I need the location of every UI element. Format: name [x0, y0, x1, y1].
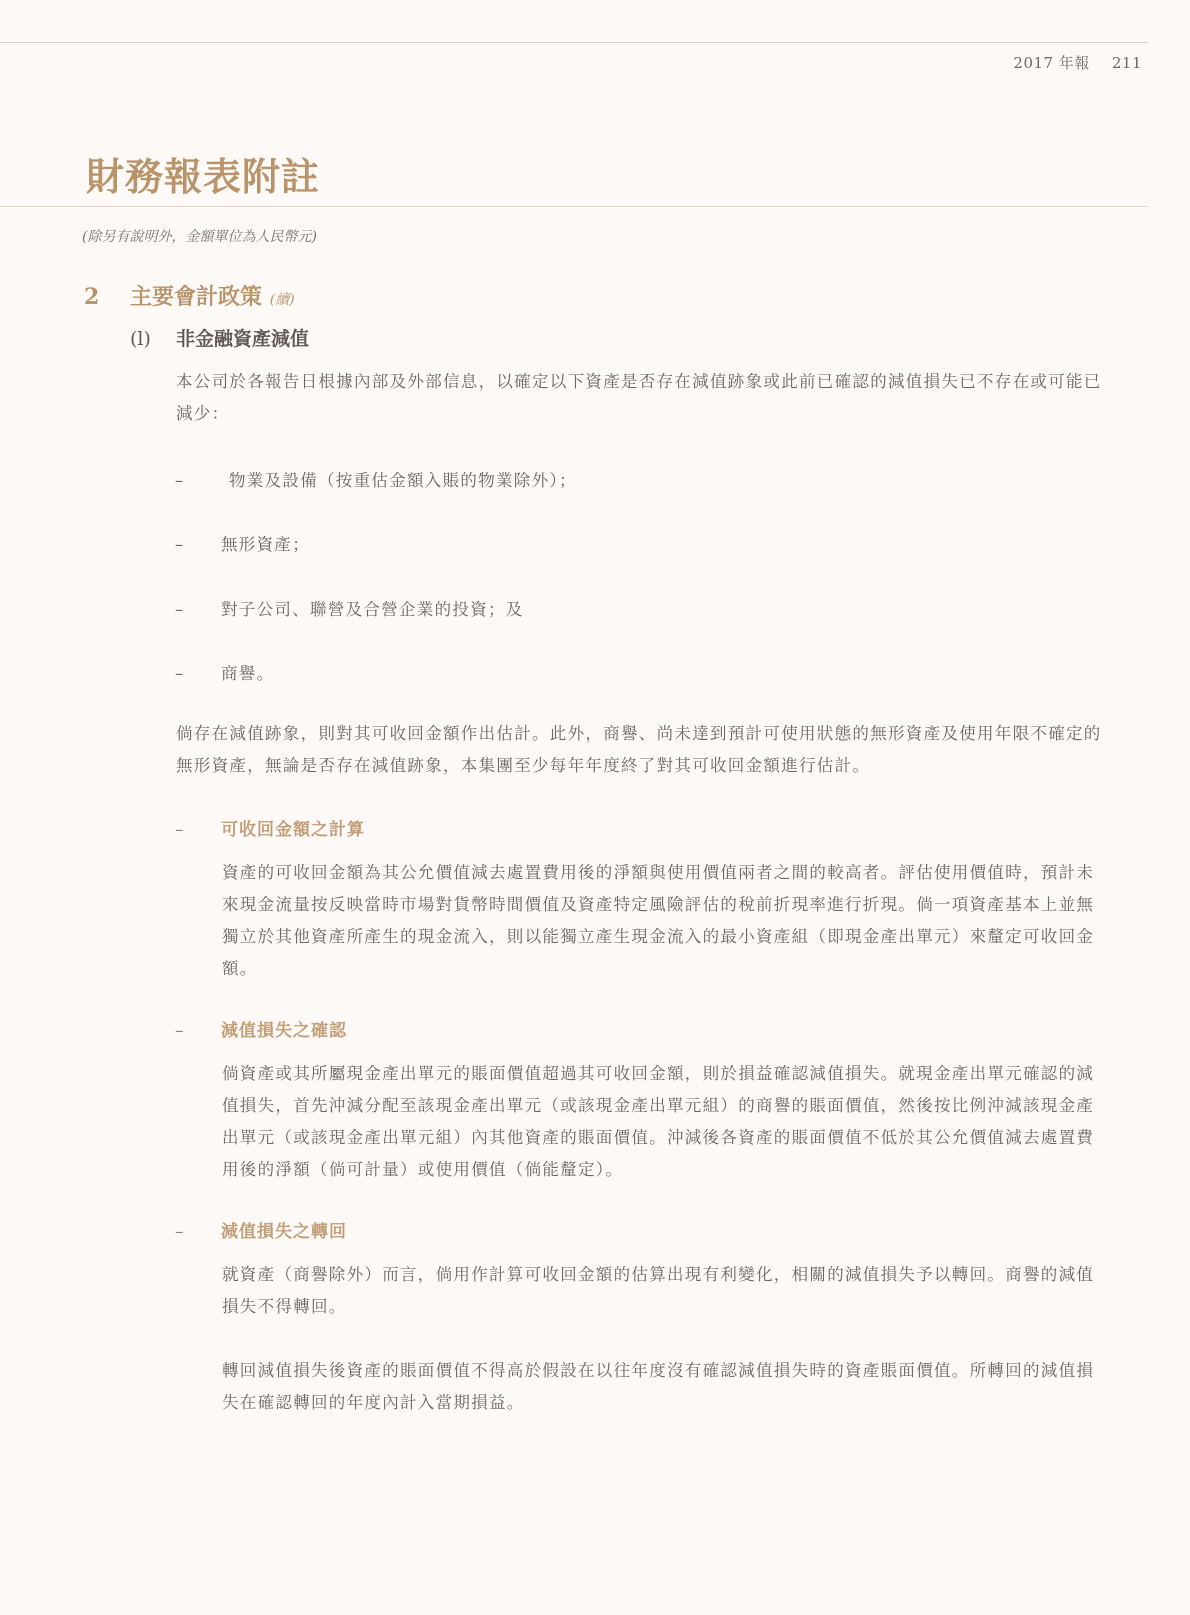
dash-marker: –	[175, 1222, 221, 1242]
section-number: 2	[84, 284, 130, 310]
bullet-item: –無形資產；	[175, 531, 310, 555]
subsection-title: 非金融資產減值	[176, 328, 309, 350]
section-continued: (續)	[270, 292, 295, 308]
top-rule	[0, 42, 1148, 43]
subhead-impairment-recognition: –減值損失之確認	[175, 1016, 347, 1041]
bullet-item: –物業及設備（按重估金額入賬的物業除外）；	[175, 467, 577, 491]
bullet-text: 商譽。	[221, 664, 274, 683]
bullet-text: 物業及設備（按重估金額入賬的物業除外）；	[221, 471, 577, 490]
dash-marker: –	[175, 820, 221, 840]
dash-marker: –	[175, 471, 221, 490]
dash-marker: –	[175, 535, 221, 554]
currency-note: (除另有說明外，金額單位為人民幣元)	[82, 226, 317, 246]
recoverable-amount-paragraph: 資產的可收回金額為其公允價值減去處置費用後的淨額與使用價值兩者之間的較高者。評估…	[222, 857, 1107, 985]
page-number: 211	[1112, 54, 1142, 72]
intro-paragraph: 本公司於各報告日根據內部及外部信息，以確定以下資產是否存在減值跡象或此前已確認的…	[176, 366, 1106, 430]
impairment-recognition-paragraph: 倘資產或其所屬現金產出單元的賬面價值超過其可收回金額，則於損益確認減值損失。就現…	[222, 1058, 1107, 1186]
title-rule	[0, 206, 1148, 207]
section-heading: 2主要會計政策 (續)	[84, 280, 295, 311]
dash-marker: –	[175, 600, 221, 619]
dash-marker: –	[175, 1021, 221, 1041]
section-title: 主要會計政策	[130, 284, 262, 310]
subhead-title: 減值損失之轉回	[221, 1222, 347, 1242]
subhead-impairment-reversal: –減值損失之轉回	[175, 1217, 347, 1242]
estimate-paragraph: 倘存在減值跡象，則對其可收回金額作出估計。此外，商譽、尚未達到預計可使用狀態的無…	[176, 718, 1106, 782]
bullet-item: –商譽。	[175, 660, 274, 684]
subhead-recoverable-amount: –可收回金額之計算	[175, 815, 365, 840]
impairment-reversal-paragraph-2: 轉回減值損失後資產的賬面價值不得高於假設在以往年度沒有確認減值損失時的資產賬面價…	[222, 1355, 1107, 1419]
report-label: 2017 年報	[1013, 54, 1089, 72]
bullet-item: –對子公司、聯營及合營企業的投資；及	[175, 596, 524, 620]
page-title: 財務報表附註	[86, 146, 320, 201]
bullet-text: 對子公司、聯營及合營企業的投資；及	[221, 600, 524, 619]
impairment-reversal-paragraph-1: 就資產（商譽除外）而言，倘用作計算可收回金額的估算出現有利變化，相關的減值損失予…	[222, 1259, 1107, 1323]
subsection-heading: (l)非金融資產減值	[130, 324, 309, 351]
subhead-title: 減值損失之確認	[221, 1021, 347, 1041]
dash-marker: –	[175, 664, 221, 683]
running-header: 2017 年報211	[1013, 52, 1142, 73]
subsection-number: (l)	[130, 328, 176, 350]
bullet-text: 無形資產；	[221, 535, 310, 554]
subhead-title: 可收回金額之計算	[221, 820, 365, 840]
